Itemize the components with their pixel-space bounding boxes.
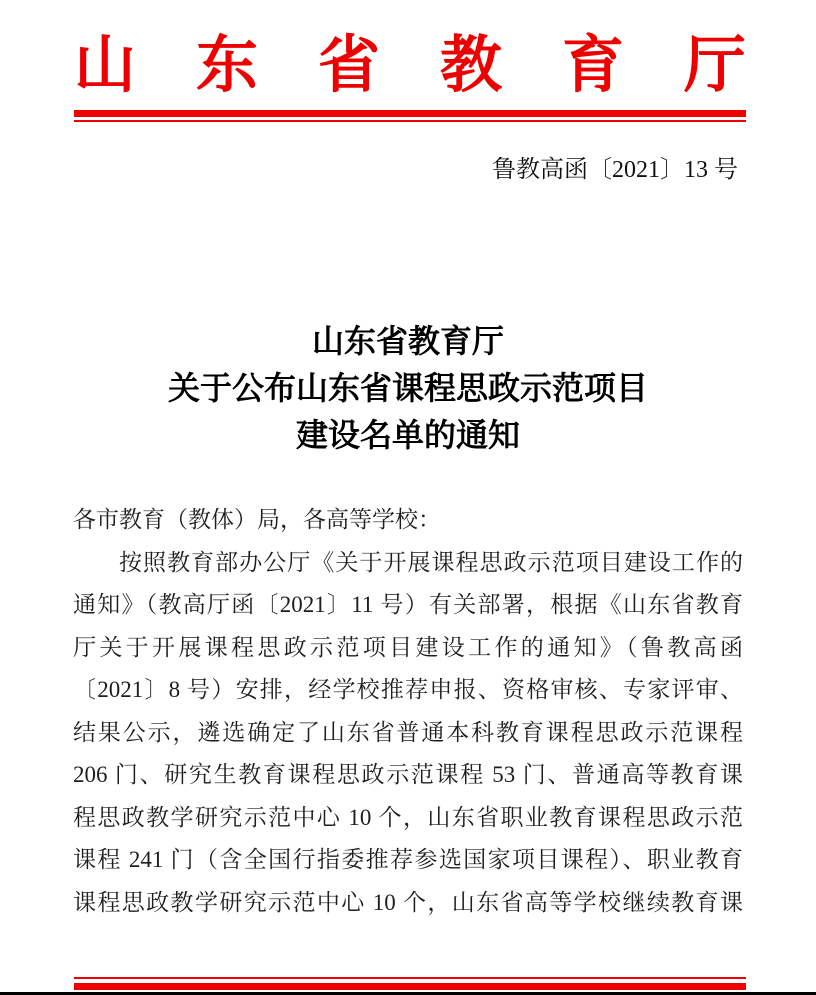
footer-divider bbox=[74, 977, 746, 990]
body-line: 课程 241 门（含全国行指委推荐参选国家项目课程）、职业教育 bbox=[73, 839, 743, 882]
body-line: 〔2021〕8 号）安排，经学校推荐申报、资格审核、专家评审、 bbox=[73, 669, 743, 712]
letterhead-title: 山东省教育厅 bbox=[74, 30, 746, 102]
body-paragraph: 各市教育（教体）局，各高等学校： 按照教育部办公厅《关于开展课程思政示范项目建设… bbox=[73, 499, 743, 924]
body-line: 厅关于开展课程思政示范项目建设工作的通知》（鲁教高函 bbox=[73, 627, 743, 670]
letterhead-rule-thick bbox=[74, 110, 746, 117]
letterhead-rule-thin bbox=[74, 120, 746, 122]
footer-rule-thin bbox=[74, 977, 746, 979]
letterhead-divider bbox=[74, 110, 746, 122]
document-title-line-1: 山东省教育厅 bbox=[0, 318, 816, 365]
document-title-line-2: 关于公布山东省课程思政示范项目 bbox=[0, 365, 816, 412]
body-line: 结果公示，遴选确定了山东省普通本科教育课程思政示范课程 bbox=[73, 712, 743, 755]
body-line: 程思政教学研究示范中心 10 个，山东省职业教育课程思政示范 bbox=[73, 797, 743, 840]
body-line: 206 门、研究生教育课程思政示范课程 53 门、普通高等教育课 bbox=[73, 754, 743, 797]
document-title-line-3: 建设名单的通知 bbox=[0, 412, 816, 459]
footer-rule-thick bbox=[74, 983, 746, 990]
body-line: 课程思政教学研究示范中心 10 个，山东省高等学校继续教育课 bbox=[73, 882, 743, 925]
doc-number: 鲁教高函〔2021〕13 号 bbox=[0, 154, 738, 186]
body-line: 通知》（教高厅函〔2021〕11 号）有关部署，根据《山东省教育 bbox=[73, 584, 743, 627]
document-title: 山东省教育厅 关于公布山东省课程思政示范项目 建设名单的通知 bbox=[0, 318, 816, 459]
document-main: 山东省教育厅 关于公布山东省课程思政示范项目 建设名单的通知 各市教育（教体）局… bbox=[0, 318, 816, 924]
letterhead-section: 山东省教育厅 鲁教高函〔2021〕13 号 bbox=[0, 30, 816, 186]
salutation: 各市教育（教体）局，各高等学校： bbox=[73, 499, 743, 542]
body-line: 按照教育部办公厅《关于开展课程思政示范项目建设工作的 bbox=[73, 542, 743, 585]
document-page: 山东省教育厅 鲁教高函〔2021〕13 号 山东省教育厅 关于公布山东省课程思政… bbox=[0, 0, 816, 995]
